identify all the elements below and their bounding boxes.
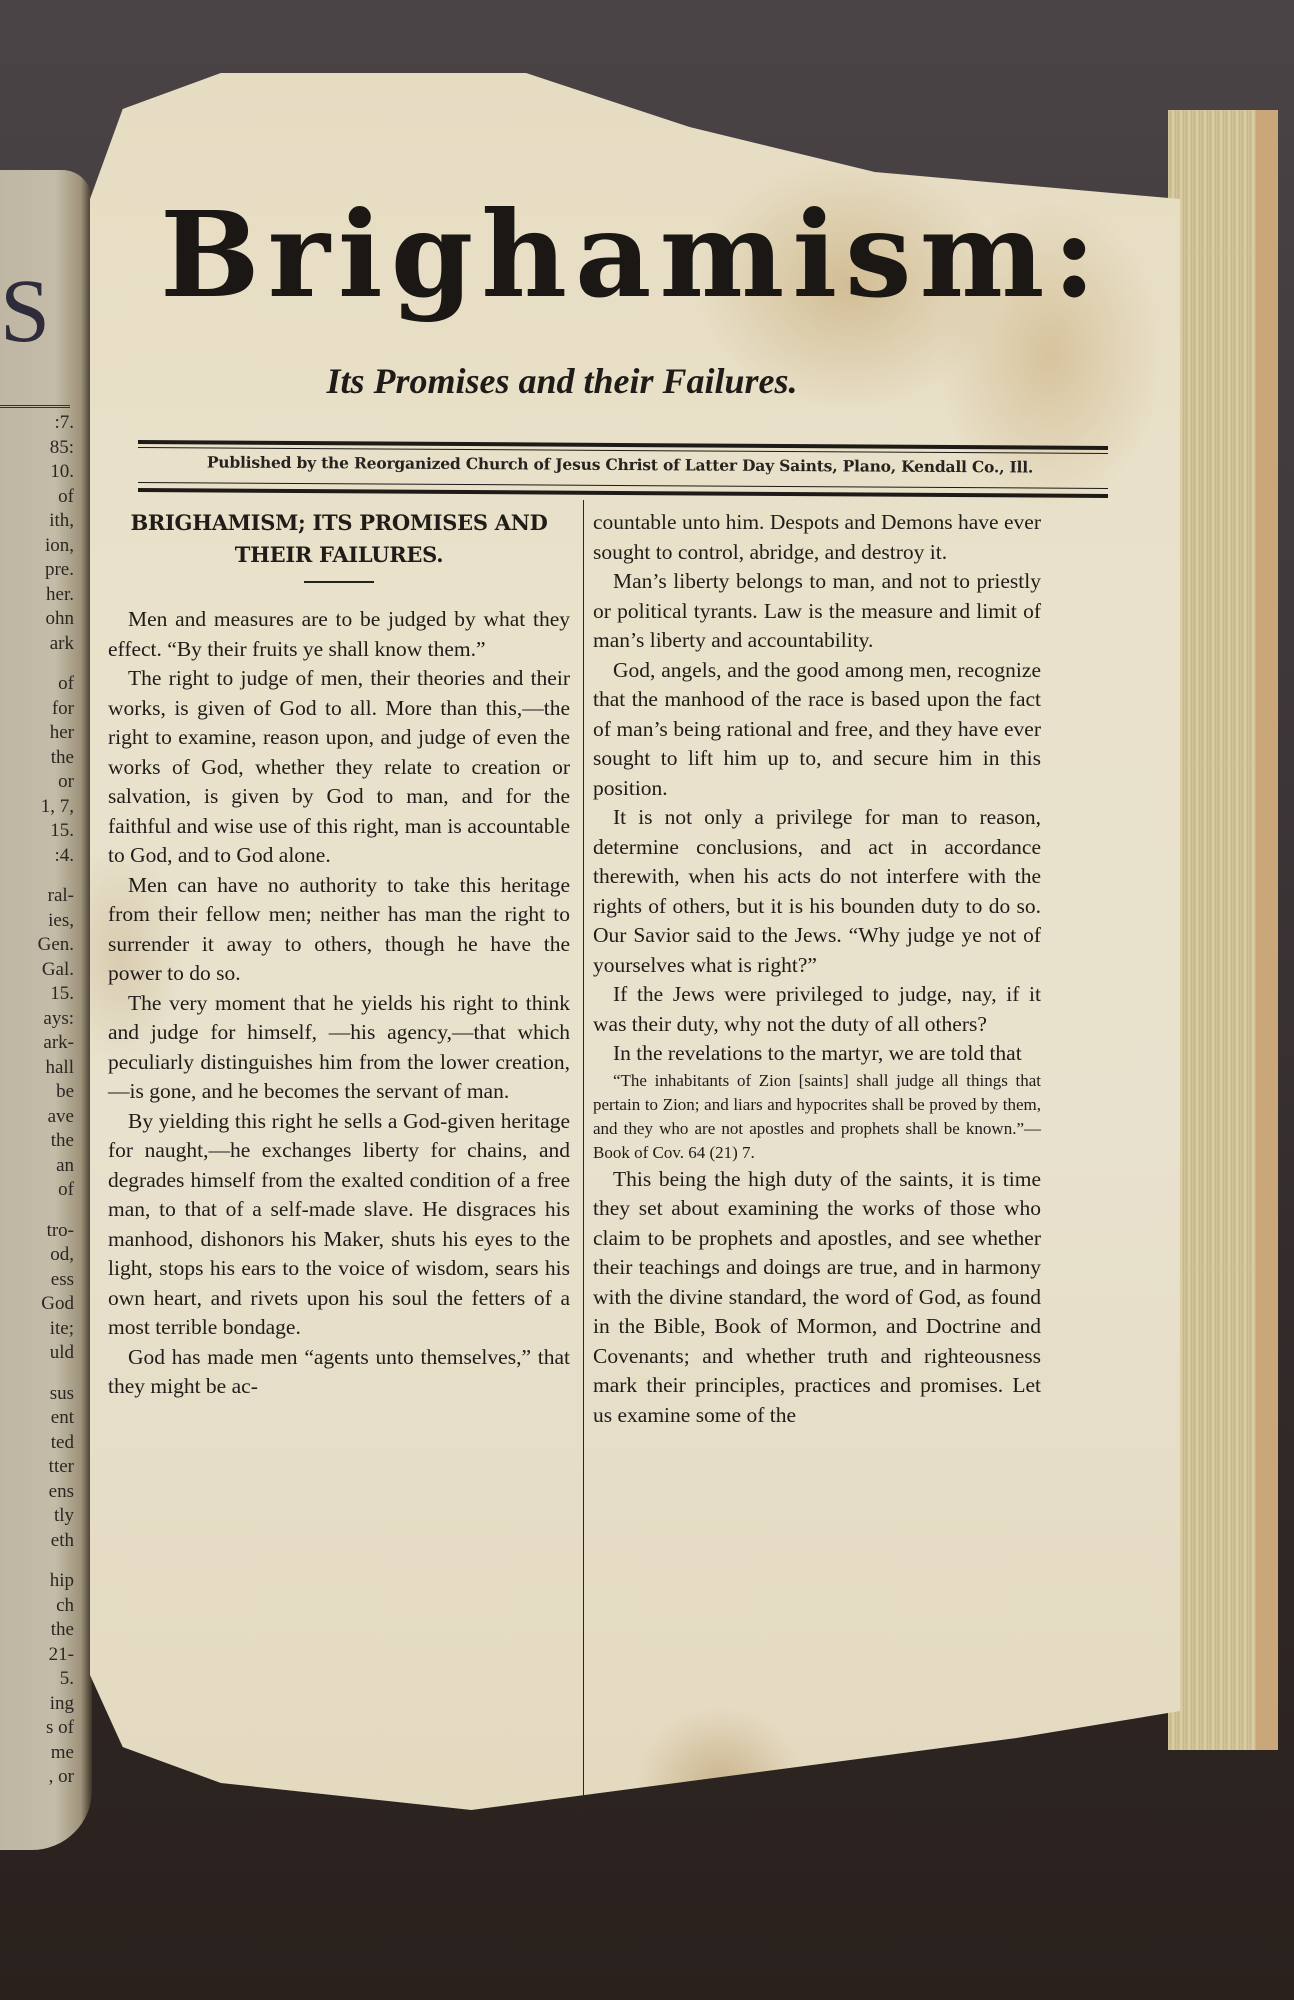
heading-rule bbox=[304, 581, 374, 583]
facing-page-fragment: ies, bbox=[48, 908, 74, 933]
paragraph: Men can have no authority to take this h… bbox=[108, 871, 570, 989]
facing-page-left: S :7.85:10.ofith,ion,pre.her.ohnarkoffor… bbox=[0, 170, 92, 1850]
scripture-quote: “The inhabitants of Zion [saints] shall … bbox=[593, 1069, 1041, 1165]
facing-page-fragment: tro- bbox=[47, 1218, 74, 1243]
facing-page-fragment: God bbox=[41, 1291, 74, 1316]
facing-page-fragment: 15. bbox=[50, 818, 74, 843]
facing-page-fragment: 10. bbox=[50, 459, 74, 484]
facing-page-fragment: the bbox=[51, 745, 74, 770]
article-heading-line1: BRIGHAMISM; ITS PROMISES AND bbox=[108, 507, 570, 539]
facing-page-fragment: , or bbox=[49, 1764, 74, 1789]
facing-page-fragment: of bbox=[58, 671, 74, 696]
book-page-edges bbox=[1168, 110, 1278, 1750]
facing-page-fragment: ch bbox=[56, 1593, 74, 1618]
facing-page-rule bbox=[0, 405, 70, 408]
facing-page-fragment: ral- bbox=[48, 883, 74, 908]
facing-page-fragment: be bbox=[56, 1079, 74, 1104]
facing-page-fragment: hip bbox=[50, 1568, 74, 1593]
facing-page-fragment: ave bbox=[48, 1104, 74, 1129]
publisher-rule-thick bbox=[138, 488, 1108, 498]
facing-page-fragment: :7. bbox=[54, 410, 74, 435]
facing-page-fragment: ens bbox=[49, 1479, 74, 1504]
facing-page-fragment: 21- bbox=[49, 1642, 74, 1667]
facing-page-fragment: ent bbox=[51, 1405, 74, 1430]
paragraph: Men and measures are to be judged by wha… bbox=[108, 605, 570, 664]
column-divider bbox=[583, 500, 584, 1820]
facing-page-fragment: ith, bbox=[49, 508, 74, 533]
facing-page-fragment: an bbox=[56, 1153, 74, 1178]
facing-page-fragment: 15. bbox=[50, 981, 74, 1006]
facing-page-fragment: ted bbox=[51, 1430, 74, 1455]
right-column: countable unto him. Despots and Demons h… bbox=[593, 508, 1041, 1430]
paragraph: It is not only a privilege for man to re… bbox=[593, 803, 1041, 980]
page-content: Brighamism: Its Promises and their Failu… bbox=[90, 55, 1180, 1855]
paragraph: Man’s liberty belongs to man, and not to… bbox=[593, 567, 1041, 656]
facing-page-fragment: ark- bbox=[43, 1030, 74, 1055]
facing-page-fragment: ite; bbox=[50, 1316, 74, 1341]
facing-page-fragment: 85: bbox=[50, 435, 74, 460]
facing-page-fragment: 5. bbox=[60, 1666, 74, 1691]
paragraph: The right to judge of men, their theorie… bbox=[108, 664, 570, 871]
paragraph: This being the high duty of the saints, … bbox=[593, 1165, 1041, 1431]
facing-page-fragment: s of bbox=[46, 1715, 74, 1740]
facing-page-fragment: uld bbox=[50, 1340, 74, 1365]
facing-page-fragment: eth bbox=[51, 1528, 74, 1553]
paragraph: If the Jews were privileged to judge, na… bbox=[593, 980, 1041, 1039]
facing-page-fragment: ohn bbox=[46, 606, 75, 631]
left-column: BRIGHAMISM; ITS PROMISES AND THEIR FAILU… bbox=[108, 507, 570, 1402]
article-heading: BRIGHAMISM; ITS PROMISES AND THEIR FAILU… bbox=[108, 507, 570, 571]
masthead-subtitle: Its Promises and their Failures. bbox=[142, 360, 982, 402]
facing-page-fragment: tter bbox=[49, 1454, 74, 1479]
paragraph: By yielding this right he sells a God-gi… bbox=[108, 1107, 570, 1343]
paragraph: The very moment that he yields his right… bbox=[108, 989, 570, 1107]
facing-page-fragment: her. bbox=[46, 582, 74, 607]
facing-page-fragment: ays: bbox=[43, 1006, 74, 1031]
paragraph: In the revelations to the martyr, we are… bbox=[593, 1039, 1041, 1069]
facing-page-fragment: me bbox=[51, 1740, 74, 1765]
paragraph: God, angels, and the good among men, rec… bbox=[593, 656, 1041, 804]
facing-page-fragment: od, bbox=[50, 1242, 74, 1267]
facing-page-large-letter: S bbox=[0, 260, 50, 363]
publisher-rule-thin bbox=[138, 482, 1108, 489]
facing-page-fragment: ing bbox=[50, 1691, 74, 1716]
facing-page-fragment: tly bbox=[54, 1503, 74, 1528]
facing-page-fragment: of bbox=[58, 484, 74, 509]
facing-page-fragment: 1, 7, bbox=[41, 794, 74, 819]
facing-page-fragment: for bbox=[52, 696, 74, 721]
facing-page-fragment: of bbox=[58, 1177, 74, 1202]
facing-page-fragment: or bbox=[58, 769, 74, 794]
masthead-title: Brighamism: bbox=[142, 185, 1122, 324]
publisher-line: Published by the Reorganized Church of J… bbox=[150, 452, 1090, 477]
article-heading-line2: THEIR FAILURES. bbox=[108, 539, 570, 571]
facing-page-fragment: sus bbox=[50, 1381, 74, 1406]
facing-page-fragment: ion, bbox=[45, 533, 74, 558]
facing-page-fragment: Gal. bbox=[42, 957, 74, 982]
facing-page-fragment: ark bbox=[50, 631, 74, 656]
paragraph: God has made men “agents unto themselves… bbox=[108, 1343, 570, 1402]
facing-page-fragment: her bbox=[50, 720, 74, 745]
facing-page-fragment: hall bbox=[46, 1055, 75, 1080]
facing-page-fragment: pre. bbox=[45, 557, 74, 582]
facing-page-fragment: the bbox=[51, 1128, 74, 1153]
facing-page-fragment: Gen. bbox=[38, 932, 74, 957]
facing-page-fragment: :4. bbox=[54, 843, 74, 868]
paragraph-continued: countable unto him. Despots and Demons h… bbox=[593, 508, 1041, 567]
facing-page-fragment: ess bbox=[51, 1267, 74, 1292]
facing-page-fragment: the bbox=[51, 1617, 74, 1642]
